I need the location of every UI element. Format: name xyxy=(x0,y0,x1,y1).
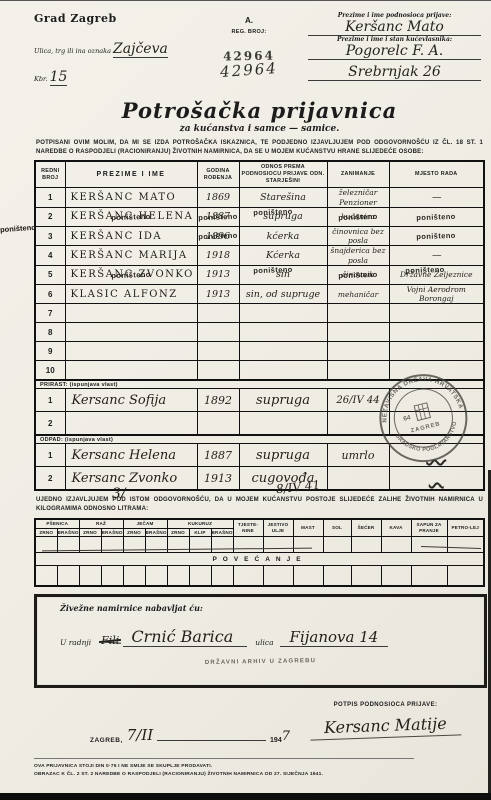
applicant-signature-handwritten: Kersanc Matije xyxy=(310,711,461,740)
header-left: Grad Zagreb Ulica, trg ili ina oznaka Za… xyxy=(34,8,194,96)
supplies-declaration-text: UJEDNO IZJAVLJUJEM POD ISTOM ODGOVORNOŠĆ… xyxy=(36,496,483,513)
row-num: 5 xyxy=(35,265,65,284)
povecanje-row: POVEĆANJE xyxy=(35,553,484,566)
city-label: Grad Zagreb xyxy=(34,12,194,25)
date-handwritten: 7/II xyxy=(127,726,153,744)
person-name-handwritten: Kersanc Zvonko xyxy=(72,471,178,486)
street-label: Ulica, trg ili ina oznaka xyxy=(34,47,111,55)
shop-name-handwritten: Crnić Barica xyxy=(123,627,247,647)
year-handwritten: 7 xyxy=(282,729,290,744)
shop-box: Živežne namirnice nabavljat ću: U radnji… xyxy=(34,594,487,688)
potpis-label: POTPIS PODNOSIOCA PRIJAVE: xyxy=(290,702,481,708)
povecanje-label: POVEĆANJE xyxy=(35,553,484,566)
ponisteno-stamp: poništeno xyxy=(338,212,378,222)
ponisteno-stamp: poništeno xyxy=(111,212,151,222)
row-num: 8 xyxy=(35,323,65,342)
person-name-handwritten: KLASIC ALFONZ xyxy=(71,289,178,300)
relation-handwritten: Kćerka xyxy=(266,250,300,261)
col-raz: RAŽ xyxy=(79,519,123,528)
col-jecam: JEČAM xyxy=(123,519,167,528)
col-mast: MAST xyxy=(293,519,323,537)
sub-brasno: BRAŠNO xyxy=(211,528,233,537)
supplies-wrap: PŠENICA RAŽ JEČAM KUKURUZ TJESTE-NINE JE… xyxy=(34,518,485,587)
landlord-label: Prezime i ime i stan kućevlasnika: xyxy=(304,36,485,43)
occupation-handwritten: železničar Penzioner xyxy=(339,188,378,206)
row-num: 2 xyxy=(35,467,65,491)
landlord-address-handwritten: Srebrnjak 26 xyxy=(308,64,481,81)
row-num: 4 xyxy=(35,246,65,266)
row-num: 1 xyxy=(35,444,65,467)
ponisteno-stamp: poništeno xyxy=(253,207,293,217)
scan-bottom-edge xyxy=(0,793,491,800)
section-a-label: A. xyxy=(194,16,304,25)
col-petrolej: PETRO-LEJ xyxy=(447,519,484,537)
occupation-handwritten: činovnica bez posla xyxy=(332,227,384,245)
applicant-value-handwritten: Keršanc Mato xyxy=(308,19,481,36)
row-num: 2 xyxy=(35,412,65,436)
col-godina: GODINA ROĐENJA xyxy=(197,161,239,188)
occupation-handwritten: mehaničar xyxy=(338,290,378,299)
birth-year-handwritten: 1869 xyxy=(206,192,230,203)
street-value-handwritten: Zajčeva xyxy=(113,41,168,58)
table-row-cancelled: 3 KERŠANC IDA 1896 poništeno kćerka čino… xyxy=(35,226,484,246)
scanned-form-page: Grad Zagreb Ulica, trg ili ina oznaka Za… xyxy=(0,0,491,800)
form-title-block: Potrošačka prijavnica za kućanstva i sam… xyxy=(34,98,485,134)
handwritten-mark-left: 3/ xyxy=(112,486,126,502)
occupation-handwritten: šnajderica bez posla xyxy=(331,246,386,264)
col-zanimanje: ZANIMANJE xyxy=(327,161,389,188)
person-name-handwritten: KERŠANC MARIJA xyxy=(71,250,188,261)
person-name-handwritten: KERŠANC IDA xyxy=(71,231,163,242)
birth-year-handwritten: 1913 xyxy=(204,472,232,485)
col-sol: SOL xyxy=(323,519,351,537)
archive-stamp: DRŽAVNI ARHIV U ZAGREBU xyxy=(42,655,479,669)
table-row: 4 KERŠANC MARIJA 1918 Kćerka šnajderica … xyxy=(35,246,484,266)
supplies-table: PŠENICA RAŽ JEČAM KUKURUZ TJESTE-NINE JE… xyxy=(34,518,485,587)
row-num: 3 xyxy=(35,226,65,246)
applicant-label: Prezime i ime podnosioca prijave: xyxy=(304,12,485,19)
row-num: 1 xyxy=(35,389,65,412)
table-row-cancelled: 2 KERŠANC HELENA poništeno 1887 poništen… xyxy=(35,207,484,226)
kbr-label: Kbr. xyxy=(34,75,47,83)
person-name-handwritten: KERŠANC MATO xyxy=(71,192,177,203)
sub-brasno: BRAŠNO xyxy=(101,528,123,537)
shop-box-title: Živežne namirnice nabavljat ću: xyxy=(60,603,479,613)
note-handwritten: umrlo xyxy=(342,449,375,462)
row-num: 6 xyxy=(35,284,65,304)
relation-handwritten: sin, od supruge xyxy=(246,289,320,300)
relation-handwritten: supruga xyxy=(256,448,310,463)
ponisteno-stamp: poništeno xyxy=(405,265,445,275)
ponisteno-stamp: poništeno xyxy=(198,212,238,222)
col-kukuruz: KUKURUZ xyxy=(167,519,233,528)
ponisteno-stamp: poništeno xyxy=(338,270,378,280)
col-mjesto-rada: MJESTO RADA xyxy=(389,161,484,188)
reg-broj-label: REG. BROJ: xyxy=(194,29,304,35)
col-prezime-ime: PREZIME I IME xyxy=(65,161,197,188)
year-printed: 194 xyxy=(270,737,282,744)
table-row-empty: 8 xyxy=(35,323,484,342)
sub-zrno: ZRNO xyxy=(167,528,189,537)
sub-brasno: BRAŠNO xyxy=(57,528,79,537)
stamp-city: ZAGREB xyxy=(410,421,441,434)
birth-year-handwritten: 1918 xyxy=(206,250,230,261)
row-num: 9 xyxy=(35,342,65,361)
ulica-label: ulica xyxy=(255,638,273,647)
kbr-value-handwritten: 15 xyxy=(50,69,68,86)
form-subtitle: za kućanstva i samce — samice. xyxy=(34,124,485,134)
form-header: Grad Zagreb Ulica, trg ili ina oznaka Za… xyxy=(34,8,485,96)
workplace-handwritten: — xyxy=(432,250,441,261)
supplies-empty-row xyxy=(35,566,484,586)
col-secer: ŠEĆER xyxy=(351,519,381,537)
workplace-handwritten: Vojni Aerodrom Borongaj xyxy=(407,285,466,303)
col-psenica: PŠENICA xyxy=(35,519,79,528)
sub-zrno: ZRNO xyxy=(35,528,57,537)
sub-klip: KLIP xyxy=(189,528,211,537)
table-row-cancelled: 5 KERŠANC ZVONKO poništeno 1913 sin poni… xyxy=(35,265,484,284)
household-header-row: REDNI BROJ PREZIME I IME GODINA ROĐENJA … xyxy=(35,161,484,188)
sub-zrno: ZRNO xyxy=(79,528,101,537)
signature-row: ZAGREB, 7/II 194 7 POTPIS PODNOSIOCA PRI… xyxy=(34,702,485,744)
ponisteno-stamp: poništeno xyxy=(416,231,456,241)
stamp-number: 64 xyxy=(403,414,412,423)
col-odnos: ODNOS PREMA PODNOSIOCU PRIJAVE ODN. STAR… xyxy=(239,161,327,188)
footer-line-1: OVA PRIJAVNICA STOJI DIN 0·75 I NE SMIJE… xyxy=(34,763,414,771)
date-block: ZAGREB, 7/II 194 7 xyxy=(90,702,290,744)
relation-handwritten: kćerka xyxy=(267,231,300,242)
table-row: 6 KLASIC ALFONZ 1913 sin, od supruge meh… xyxy=(35,284,484,304)
table-row-empty: 7 xyxy=(35,304,484,323)
landlord-value-handwritten: Pogorelc F. A. xyxy=(308,43,481,60)
ponisteno-stamp: poništeno xyxy=(198,231,238,241)
shop-street-handwritten: Fijanova 14 xyxy=(280,628,389,647)
declaration-text: POTPISANI OVIM MOLIM, DA MI SE IZDA POTR… xyxy=(36,139,483,156)
col-jestivo-ulje: JESTIVO ULJE xyxy=(263,519,293,537)
ponisteno-stamp: poništeno xyxy=(416,212,456,222)
col-redni-broj: REDNI BROJ xyxy=(35,161,65,188)
ponisteno-stamp: poništeno xyxy=(111,270,151,280)
birth-year-handwritten: 1892 xyxy=(204,394,232,407)
row-num: 1 xyxy=(35,188,65,208)
col-kava: KAVA xyxy=(381,519,411,537)
row-num: 2 xyxy=(35,207,65,226)
household-table: REDNI BROJ PREZIME I IME GODINA ROĐENJA … xyxy=(34,160,485,381)
table-row-empty: 9 xyxy=(35,342,484,361)
signature-scribble: xxx xyxy=(429,473,444,484)
crossed-out-handwritten: Fili xyxy=(101,634,119,647)
shop-line: U radnji Fili Crnić Barica ulica Fijanov… xyxy=(60,627,479,647)
zagreb-label: ZAGREB, xyxy=(90,737,123,744)
header-center: A. REG. BROJ: 42964 42964 xyxy=(194,8,304,96)
sub-zrno: ZRNO xyxy=(123,528,145,537)
ponisteno-stamp: poništeno xyxy=(253,265,293,275)
footer-line-2: OBRAZAC K ČL. 2 ST. 2 NAREDBE O RASPODJE… xyxy=(34,771,414,779)
sub-brasno: BRAŠNO xyxy=(145,528,167,537)
relation-handwritten: supruga xyxy=(256,393,310,408)
row-num: 7 xyxy=(35,304,65,323)
kbr-line: Kbr. 15 xyxy=(34,69,194,85)
birth-year-handwritten: 1913 xyxy=(206,269,230,280)
col-tjestenine: TJESTE-NINE xyxy=(233,519,263,537)
row-num: 10 xyxy=(35,361,65,381)
workplace-handwritten: — xyxy=(432,192,441,203)
birth-year-handwritten: 1887 xyxy=(204,449,232,462)
signature-block: POTPIS PODNOSIOCA PRIJAVE: Kersanc Matij… xyxy=(290,702,485,744)
form-title: Potrošačka prijavnica xyxy=(34,98,485,123)
header-right: Prezime i ime podnosioca prijave: Keršan… xyxy=(304,8,485,96)
person-name-handwritten: Kersanc Helena xyxy=(72,448,176,463)
birth-year-handwritten: 1913 xyxy=(206,289,230,300)
col-sapun: SAPUN ZA PRANJE xyxy=(411,519,447,537)
supplies-group-header-row: PŠENICA RAŽ JEČAM KUKURUZ TJESTE-NINE JE… xyxy=(35,519,484,528)
table-row: 1 KERŠANC MATO 1869 Starešina železničar… xyxy=(35,188,484,208)
relation-handwritten: Starešina xyxy=(260,192,306,203)
street-line: Ulica, trg ili ina oznaka Zajčeva xyxy=(34,41,194,57)
footer-fine-print: OVA PRIJAVNICA STOJI DIN 0·75 I NE SMIJE… xyxy=(34,758,414,780)
u-radnji-label: U radnji xyxy=(60,638,91,647)
person-name-handwritten: Kersanc Sofija xyxy=(72,393,167,408)
date-fill-line xyxy=(157,740,266,741)
